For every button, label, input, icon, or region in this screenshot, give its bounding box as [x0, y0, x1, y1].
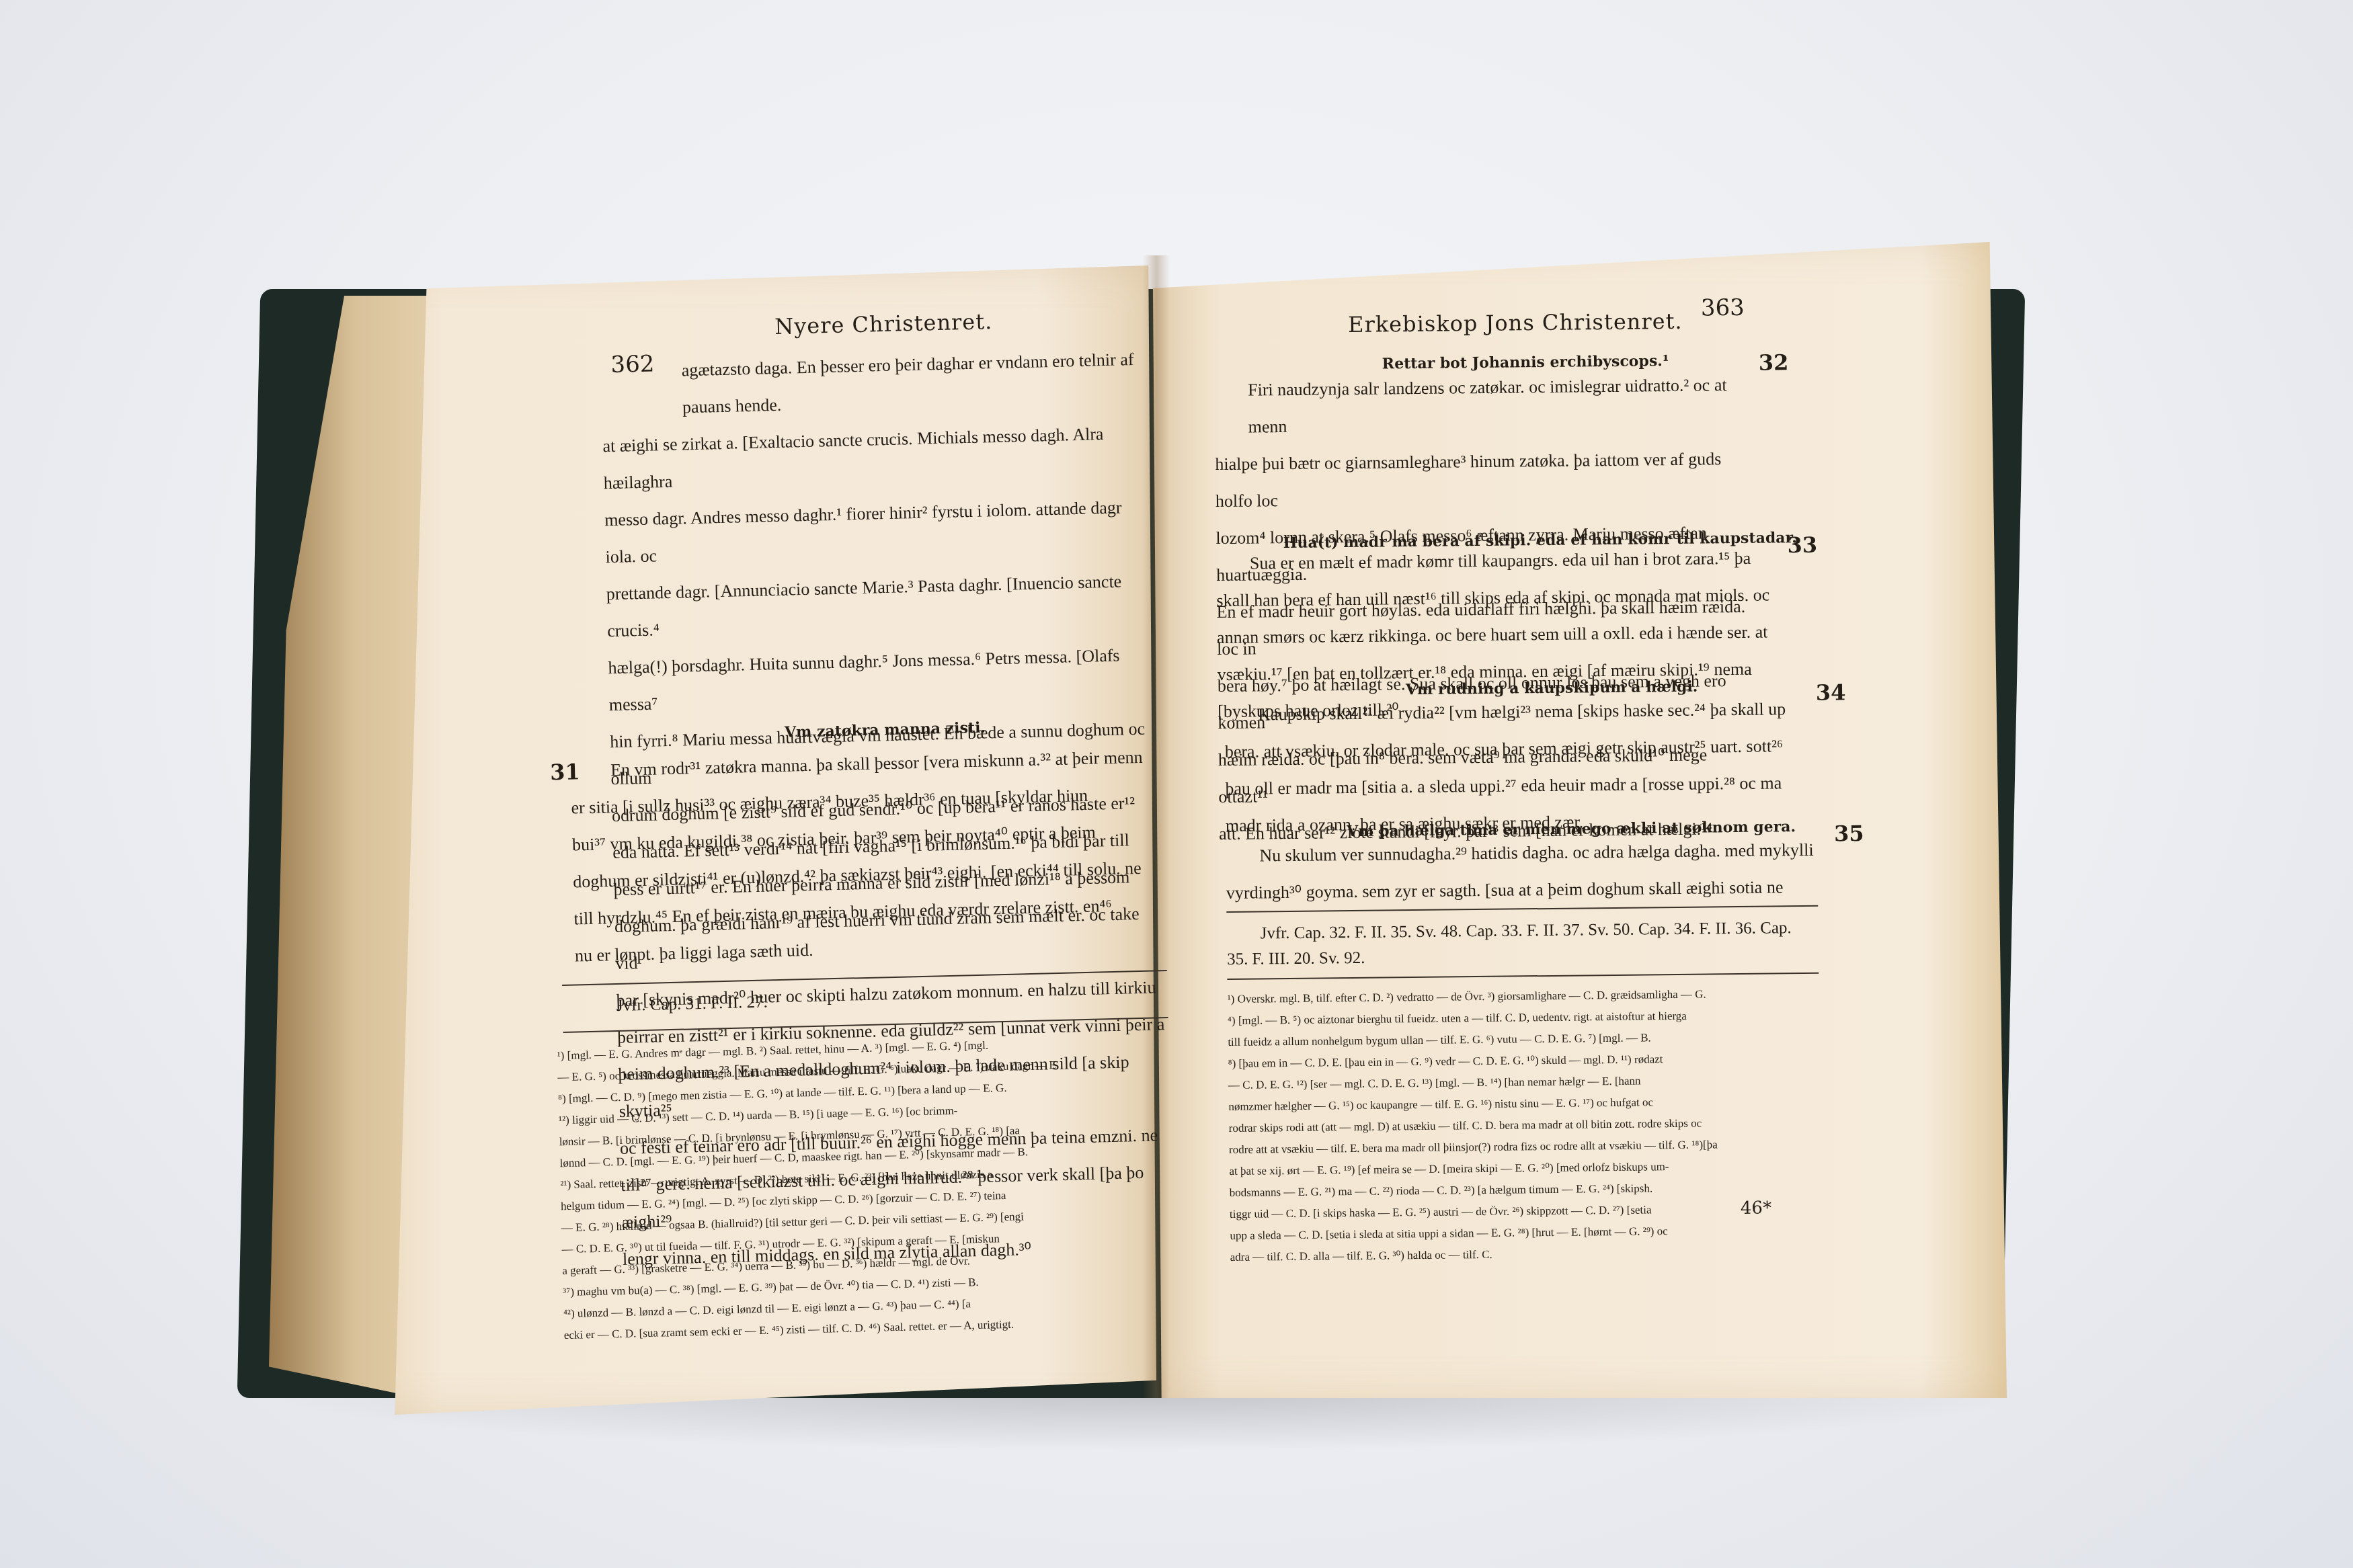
chapter-number-35: 35: [1834, 821, 1864, 846]
right-running-head: Erkebiskop Jons Christenret.: [1348, 308, 1683, 337]
chapter-number-32: 32: [1759, 349, 1789, 375]
signature-mark: 46*: [1741, 1198, 1771, 1219]
right-page-number: 363: [1701, 294, 1745, 322]
right-cross-reference: Jvfr. Cap. 32. F. II. 35. Sv. 48. Cap. 3…: [1226, 915, 1819, 973]
chapter-number-33: 33: [1787, 532, 1817, 558]
chapter-number-34: 34: [1816, 679, 1846, 705]
right-footnotes: ¹) Overskr. mgl. B, tilf. efter C. D. ²)…: [1228, 983, 1835, 1268]
section-text-35: Nu skulum ver sunnudagha.²⁹ hatidis dagh…: [1226, 831, 1818, 911]
right-page-content: Erkebiskop Jons Christenret. 363 Rettar …: [0, 0, 2353, 1568]
right-divider-bottom: [1227, 973, 1819, 980]
